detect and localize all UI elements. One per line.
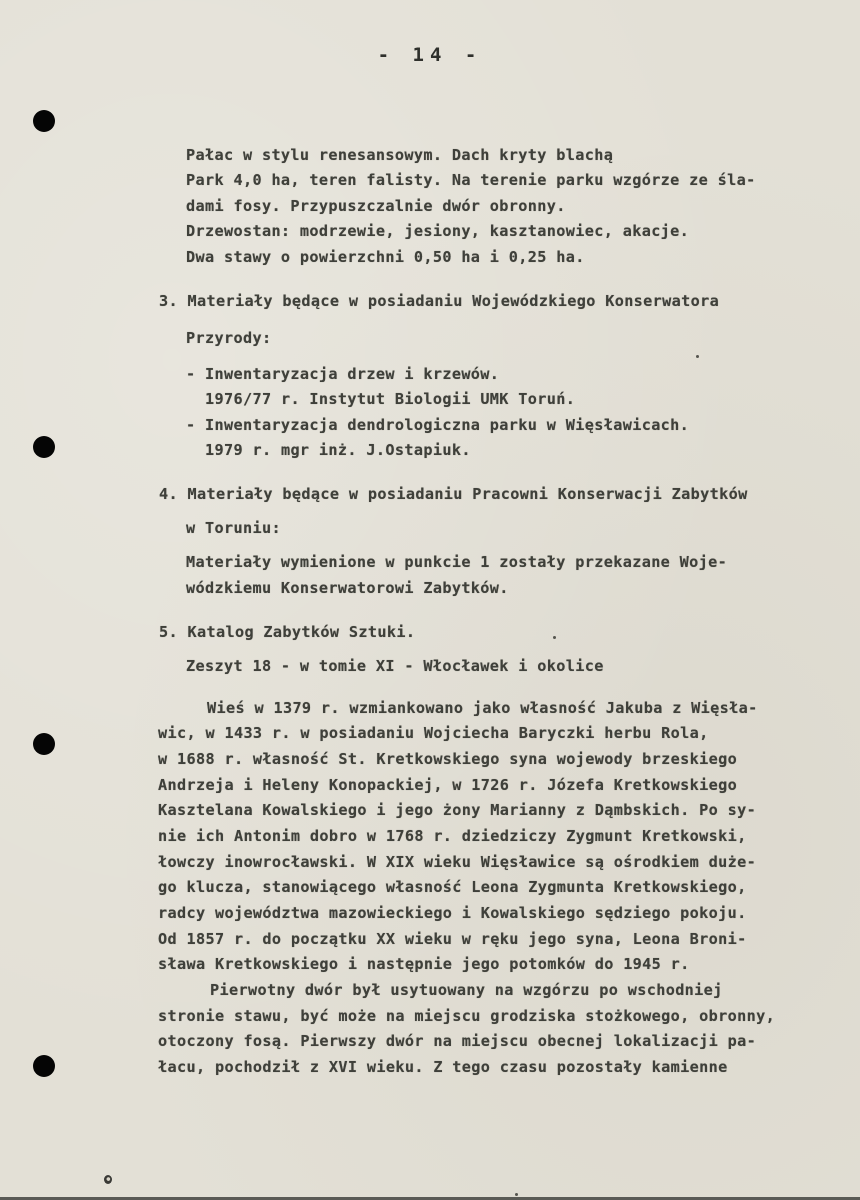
section-heading: 5. Katalog Zabytków Sztuki.	[159, 622, 415, 642]
paragraph-line: go klucza, stanowiącego własność Leona Z…	[158, 877, 747, 897]
section-body-line: wódzkiemu Konserwatorowi Zabytków.	[186, 578, 509, 598]
paper-dot-icon	[553, 636, 556, 639]
section-heading: 3. Materiały będące w posiadaniu Wojewód…	[159, 291, 719, 311]
punch-hole-icon	[33, 110, 55, 132]
list-item-detail: 1979 r. mgr inż. J.Ostapiuk.	[205, 440, 471, 460]
paragraph-line: Kasztelana Kowalskiego i jego żony Maria…	[158, 800, 756, 820]
document-page: - 14 - Pałac w stylu renesansowym. Dach …	[0, 0, 860, 1200]
intro-line: dami fosy. Przypuszczalnie dwór obronny.	[186, 196, 566, 216]
paragraph-line: Andrzeja i Heleny Konopackiej, w 1726 r.…	[158, 775, 737, 795]
paper-speck-icon	[104, 1175, 112, 1184]
paragraph-line: łacu, pochodził z XVI wieku. Z tego czas…	[158, 1057, 728, 1077]
list-item-title: - Inwentaryzacja drzew i krzewów.	[186, 364, 499, 384]
paragraph-line: sława Kretkowskiego i następnie jego pot…	[158, 954, 690, 974]
paragraph-line: radcy województwa mazowieckiego i Kowals…	[158, 903, 747, 923]
list-item-title: - Inwentaryzacja dendrologiczna parku w …	[186, 415, 689, 435]
paragraph-line: w 1688 r. własność St. Kretkowskiego syn…	[158, 749, 737, 769]
paragraph-line: łowczy inowrocławski. W XIX wieku Więsła…	[158, 852, 756, 872]
section-heading: 4. Materiały będące w posiadaniu Pracown…	[159, 484, 748, 504]
intro-line: Park 4,0 ha, teren falisty. Na terenie p…	[186, 170, 756, 190]
section-subheading: Zeszyt 18 - w tomie XI - Włocławek i oko…	[186, 656, 604, 676]
section-heading-continuation: w Toruniu:	[186, 518, 281, 538]
punch-hole-icon	[33, 436, 55, 458]
paper-dot-icon	[696, 355, 699, 358]
section-heading-continuation: Przyrody:	[186, 328, 271, 348]
punch-hole-icon	[33, 1055, 55, 1077]
paragraph-line: Pierwotny dwór był usytuowany na wzgórzu…	[210, 980, 723, 1000]
punch-hole-icon	[33, 733, 55, 755]
intro-line: Pałac w stylu renesansowym. Dach kryty b…	[186, 145, 613, 165]
intro-line: Dwa stawy o powierzchni 0,50 ha i 0,25 h…	[186, 247, 585, 267]
paragraph-line: Wieś w 1379 r. wzmiankowano jako własnoś…	[207, 698, 758, 718]
paragraph-line: Od 1857 r. do początku XX wieku w ręku j…	[158, 929, 747, 949]
paragraph-line: stronie stawu, być może na miejscu grodz…	[158, 1006, 775, 1026]
paper-dot-icon	[515, 1193, 518, 1196]
intro-line: Drzewostan: modrzewie, jesiony, kasztano…	[186, 221, 689, 241]
paragraph-line: nie ich Antonim dobro w 1768 r. dziedzic…	[158, 826, 747, 846]
list-item-detail: 1976/77 r. Instytut Biologii UMK Toruń.	[205, 389, 575, 409]
paragraph-line: otoczony fosą. Pierwszy dwór na miejscu …	[158, 1031, 756, 1051]
paragraph-line: wic, w 1433 r. w posiadaniu Wojciecha Ba…	[158, 723, 709, 743]
page-number: - 14 -	[0, 44, 860, 66]
section-body-line: Materiały wymienione w punkcie 1 zostały…	[186, 552, 727, 572]
